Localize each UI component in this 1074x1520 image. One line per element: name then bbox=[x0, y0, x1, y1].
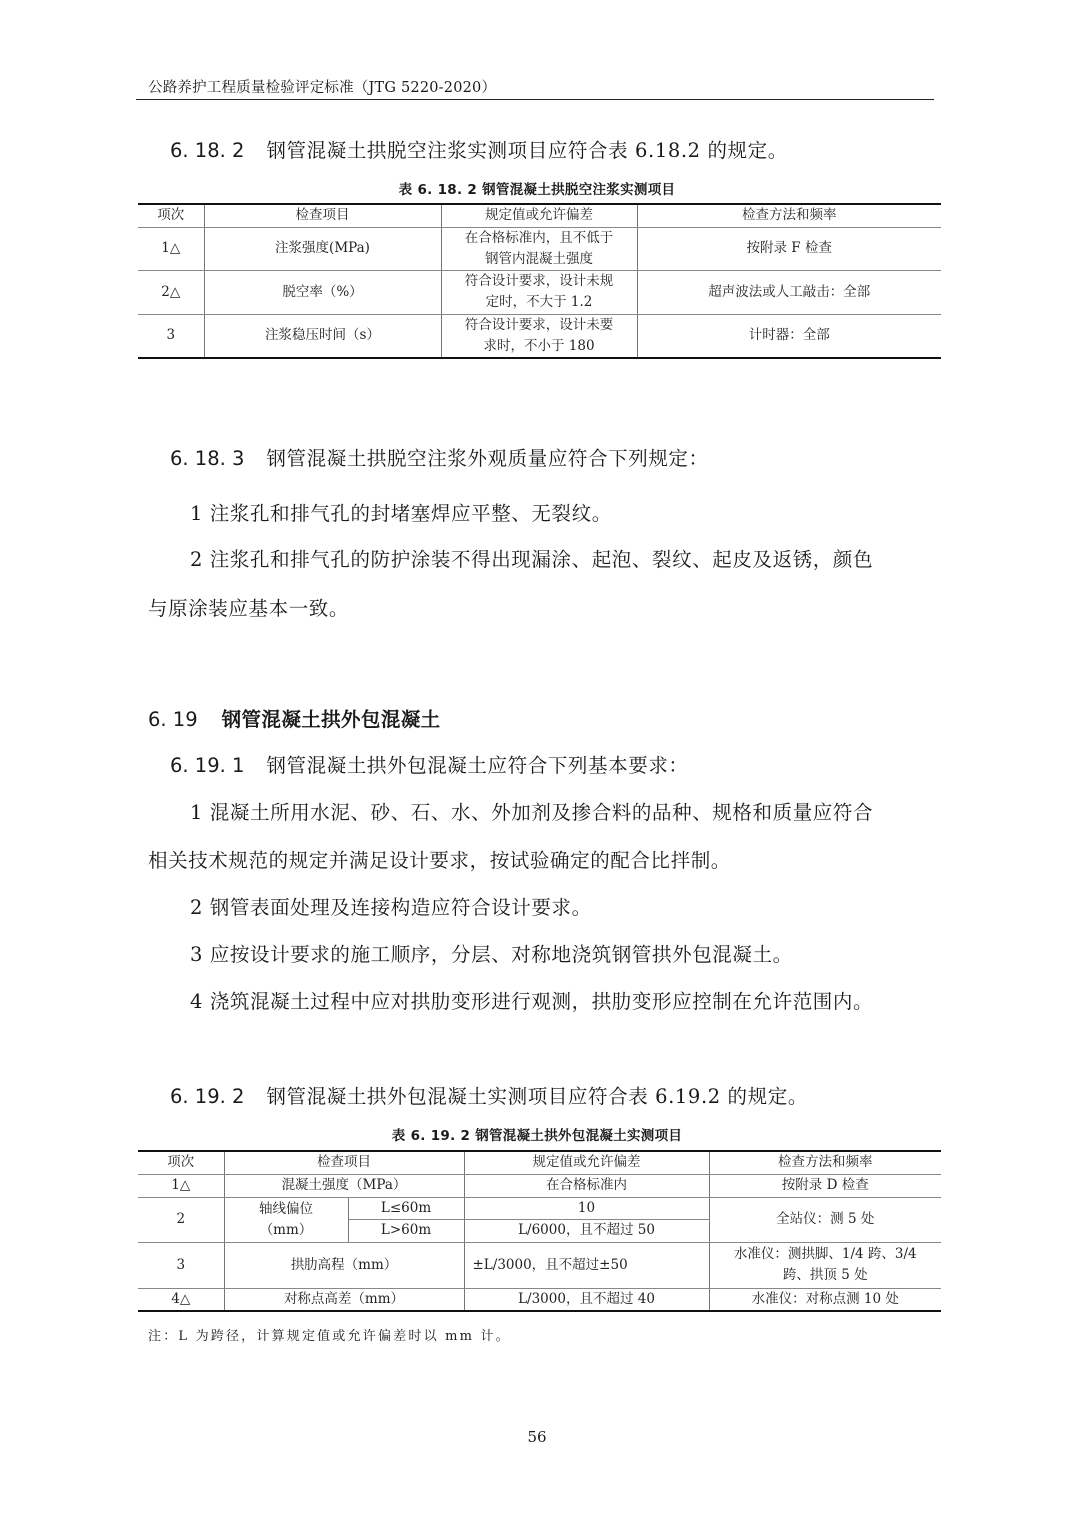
cell-no: 1△ bbox=[138, 1174, 224, 1197]
cell-value-line: 钢管内混凝土强度 bbox=[446, 249, 633, 270]
cell-value-line: 在合格标准内，且不低于 bbox=[446, 228, 633, 249]
cell-no: 1△ bbox=[138, 227, 204, 270]
cell-no: 3 bbox=[138, 314, 204, 358]
cell-method: 按附录 F 检查 bbox=[637, 227, 941, 270]
header-cell: 检查方法和频率 bbox=[637, 204, 941, 227]
list-item: 4 浇筑混凝土过程中应对拱肋变形进行观测，拱肋变形应控制在允许范围内。 bbox=[190, 986, 873, 1014]
list-item: 2 钢管表面处理及连接构造应符合设计要求。 bbox=[190, 892, 592, 920]
cell-value: 符合设计要求，设计未规定时，不大于 1.2 bbox=[441, 270, 637, 314]
table-row: 2 轴线偏位（mm） L≤60m 10 全站仪：测 5 处 bbox=[138, 1197, 941, 1219]
list-item: 1 混凝土所用水泥、砂、石、水、外加剂及掺合料的品种、规格和质量应符合 bbox=[190, 797, 873, 825]
list-item: 1 注浆孔和排气孔的封堵塞焊应平整、无裂纹。 bbox=[190, 498, 612, 526]
cell-method: 按附录 D 检查 bbox=[709, 1174, 941, 1197]
table-6-19-2-caption: 表 6. 19. 2 钢管混凝土拱外包混凝土实测项目 bbox=[0, 1124, 1074, 1144]
cell-value-line: 符合设计要求，设计未规 bbox=[446, 271, 633, 292]
cell-value: 在合格标准内 bbox=[464, 1174, 709, 1197]
header-cell: 项次 bbox=[138, 1151, 224, 1174]
clause-number: 6. 18. 2 bbox=[170, 139, 244, 162]
clause-number: 6. 19. 2 bbox=[170, 1085, 244, 1108]
cell-item-line: （mm） bbox=[229, 1220, 344, 1241]
cell-value: 在合格标准内，且不低于钢管内混凝土强度 bbox=[441, 227, 637, 270]
cell-item: 注浆强度(MPa) bbox=[204, 227, 441, 270]
table-row: 3 注浆稳压时间（s） 符合设计要求，设计未要求时，不小于 180 计时器：全部 bbox=[138, 314, 941, 358]
cell-method: 全站仪：测 5 处 bbox=[709, 1197, 941, 1242]
header-cell: 检查项目 bbox=[204, 204, 441, 227]
cell-sub-condition: L>60m bbox=[348, 1219, 464, 1242]
cell-sub-condition: L≤60m bbox=[348, 1197, 464, 1219]
clause-6-19-2: 6. 19. 2钢管混凝土拱外包混凝土实测项目应符合表 6.19.2 的规定。 bbox=[170, 1081, 808, 1109]
cell-value-line: 定时，不大于 1.2 bbox=[446, 292, 633, 313]
table-6-18-2: 项次 检查项目 规定值或允许偏差 检查方法和频率 1△ 注浆强度(MPa) 在合… bbox=[138, 203, 941, 359]
clause-number: 6. 18. 3 bbox=[170, 447, 244, 470]
table-note: 注：L 为跨径，计算规定值或允许偏差时以 mm 计。 bbox=[148, 1325, 511, 1344]
cell-no: 2△ bbox=[138, 270, 204, 314]
clause-text: 钢管混凝土拱外包混凝土应符合下列基本要求： bbox=[266, 754, 688, 777]
running-header: 公路养护工程质量检验评定标准（JTG 5220-2020） bbox=[148, 76, 496, 97]
cell-item: 脱空率（%） bbox=[204, 270, 441, 314]
cell-method: 计时器：全部 bbox=[637, 314, 941, 358]
clause-6-18-3: 6. 18. 3钢管混凝土拱脱空注浆外观质量应符合下列规定： bbox=[170, 443, 709, 471]
cell-method: 超声波法或人工敲击：全部 bbox=[637, 270, 941, 314]
list-item-continuation: 与原涂装应基本一致。 bbox=[148, 593, 349, 621]
cell-method-line: 水准仪：测拱脚、1/4 跨、3/4 bbox=[714, 1244, 938, 1265]
cell-item: 对称点高差（mm） bbox=[224, 1288, 464, 1311]
cell-method: 水准仪：测拱脚、1/4 跨、3/4跨、拱顶 5 处 bbox=[709, 1242, 941, 1288]
section-6-19: 6. 19钢管混凝土拱外包混凝土 bbox=[148, 704, 441, 732]
clause-number: 6. 19. 1 bbox=[170, 754, 244, 777]
clause-6-18-2: 6. 18. 2钢管混凝土拱脱空注浆实测项目应符合表 6.18.2 的规定。 bbox=[170, 135, 788, 163]
list-item-continuation: 相关技术规范的规定并满足设计要求，按试验确定的配合比拌制。 bbox=[148, 845, 731, 873]
table-header-row: 项次 检查项目 规定值或允许偏差 检查方法和频率 bbox=[138, 1151, 941, 1174]
clause-text: 钢管混凝土拱脱空注浆实测项目应符合表 6.18.2 的规定。 bbox=[266, 139, 787, 162]
cell-method: 水准仪：对称点测 10 处 bbox=[709, 1288, 941, 1311]
cell-value: 10 bbox=[464, 1197, 709, 1219]
cell-item-line: 轴线偏位 bbox=[229, 1199, 344, 1220]
list-item: 3 应按设计要求的施工顺序，分层、对称地浇筑钢管拱外包混凝土。 bbox=[190, 939, 793, 967]
cell-item: 注浆稳压时间（s） bbox=[204, 314, 441, 358]
clause-6-19-1: 6. 19. 1钢管混凝土拱外包混凝土应符合下列基本要求： bbox=[170, 750, 689, 778]
cell-no: 3 bbox=[138, 1242, 224, 1288]
header-cell: 规定值或允许偏差 bbox=[441, 204, 637, 227]
page-number: 56 bbox=[0, 1428, 1074, 1446]
table-row: 1△ 注浆强度(MPa) 在合格标准内，且不低于钢管内混凝土强度 按附录 F 检… bbox=[138, 227, 941, 270]
section-number: 6. 19 bbox=[148, 708, 198, 731]
table-row: 2△ 脱空率（%） 符合设计要求，设计未规定时，不大于 1.2 超声波法或人工敲… bbox=[138, 270, 941, 314]
header-rule bbox=[136, 99, 934, 100]
table-header-row: 项次 检查项目 规定值或允许偏差 检查方法和频率 bbox=[138, 204, 941, 227]
cell-no: 4△ bbox=[138, 1288, 224, 1311]
cell-value-line: 求时，不小于 180 bbox=[446, 336, 633, 357]
header-cell: 检查方法和频率 bbox=[709, 1151, 941, 1174]
table-row: 3 拱肋高程（mm） ±L/3000，且不超过±50 水准仪：测拱脚、1/4 跨… bbox=[138, 1242, 941, 1288]
clause-text: 钢管混凝土拱脱空注浆外观质量应符合下列规定： bbox=[266, 447, 708, 470]
table-row: 4△ 对称点高差（mm） L/3000，且不超过 40 水准仪：对称点测 10 … bbox=[138, 1288, 941, 1311]
cell-value: ±L/3000，且不超过±50 bbox=[464, 1242, 709, 1288]
cell-method-line: 跨、拱顶 5 处 bbox=[714, 1265, 938, 1286]
cell-value: L/3000，且不超过 40 bbox=[464, 1288, 709, 1311]
header-cell: 项次 bbox=[138, 204, 204, 227]
cell-no: 2 bbox=[138, 1197, 224, 1242]
table-6-18-2-caption: 表 6. 18. 2 钢管混凝土拱脱空注浆实测项目 bbox=[0, 178, 1074, 198]
cell-item: 混凝土强度（MPa） bbox=[224, 1174, 464, 1197]
table-6-19-2: 项次 检查项目 规定值或允许偏差 检查方法和频率 1△ 混凝土强度（MPa） 在… bbox=[138, 1150, 941, 1312]
cell-value: L/6000，且不超过 50 bbox=[464, 1219, 709, 1242]
header-cell: 检查项目 bbox=[224, 1151, 464, 1174]
cell-item: 轴线偏位（mm） bbox=[224, 1197, 348, 1242]
cell-value-line: 符合设计要求，设计未要 bbox=[446, 315, 633, 336]
section-title: 钢管混凝土拱外包混凝土 bbox=[222, 708, 441, 731]
cell-value: 符合设计要求，设计未要求时，不小于 180 bbox=[441, 314, 637, 358]
clause-text: 钢管混凝土拱外包混凝土实测项目应符合表 6.19.2 的规定。 bbox=[266, 1085, 808, 1108]
header-cell: 规定值或允许偏差 bbox=[464, 1151, 709, 1174]
list-item: 2 注浆孔和排气孔的防护涂装不得出现漏涂、起泡、裂纹、起皮及返锈，颜色 bbox=[190, 544, 873, 572]
table-row: 1△ 混凝土强度（MPa） 在合格标准内 按附录 D 检查 bbox=[138, 1174, 941, 1197]
cell-item: 拱肋高程（mm） bbox=[224, 1242, 464, 1288]
